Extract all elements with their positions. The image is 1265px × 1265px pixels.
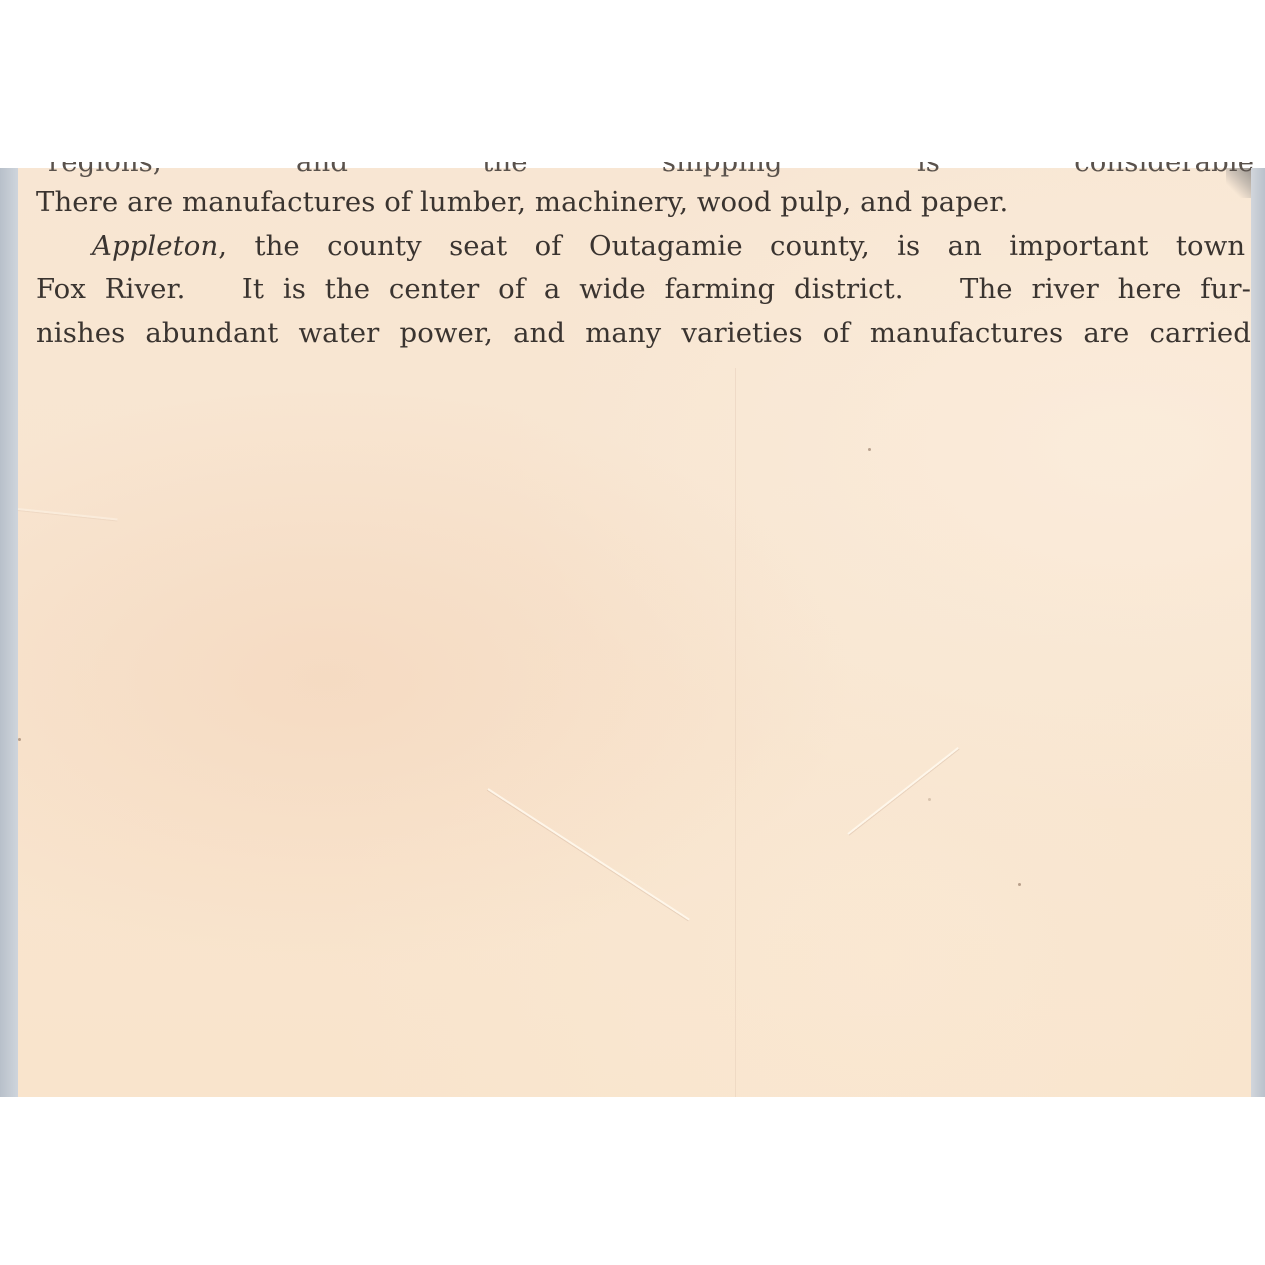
crease [847, 747, 959, 835]
place-name-appleton: Appleton [92, 230, 218, 262]
paper-speck [18, 738, 21, 741]
crease [487, 788, 689, 920]
fold-line [735, 368, 736, 1097]
paragraph-line: There are manufactures of lumber, machin… [36, 180, 1008, 224]
scanner-backing-right [1251, 168, 1265, 1097]
paper-speck [1018, 883, 1021, 886]
crease [18, 508, 118, 520]
scanner-backing-left [0, 168, 18, 1097]
paragraph-line: nishes abundant water power, and many va… [36, 311, 1251, 355]
paragraph-line-text: , the county seat of Outagamie county, i… [218, 230, 1265, 262]
paper-speck [868, 448, 871, 451]
paragraph-line: Fox River. It is the center of a wide fa… [36, 267, 1251, 311]
paper-sheet: regions, and the shipping is considerabl… [18, 168, 1252, 1097]
paper-speck [928, 798, 931, 801]
paragraph-line: Appleton, the county seat of Outagamie c… [92, 224, 1265, 268]
scanned-page: regions, and the shipping is considerabl… [0, 168, 1265, 1097]
partial-top-line: regions, and the shipping is considerabl… [48, 140, 1263, 184]
